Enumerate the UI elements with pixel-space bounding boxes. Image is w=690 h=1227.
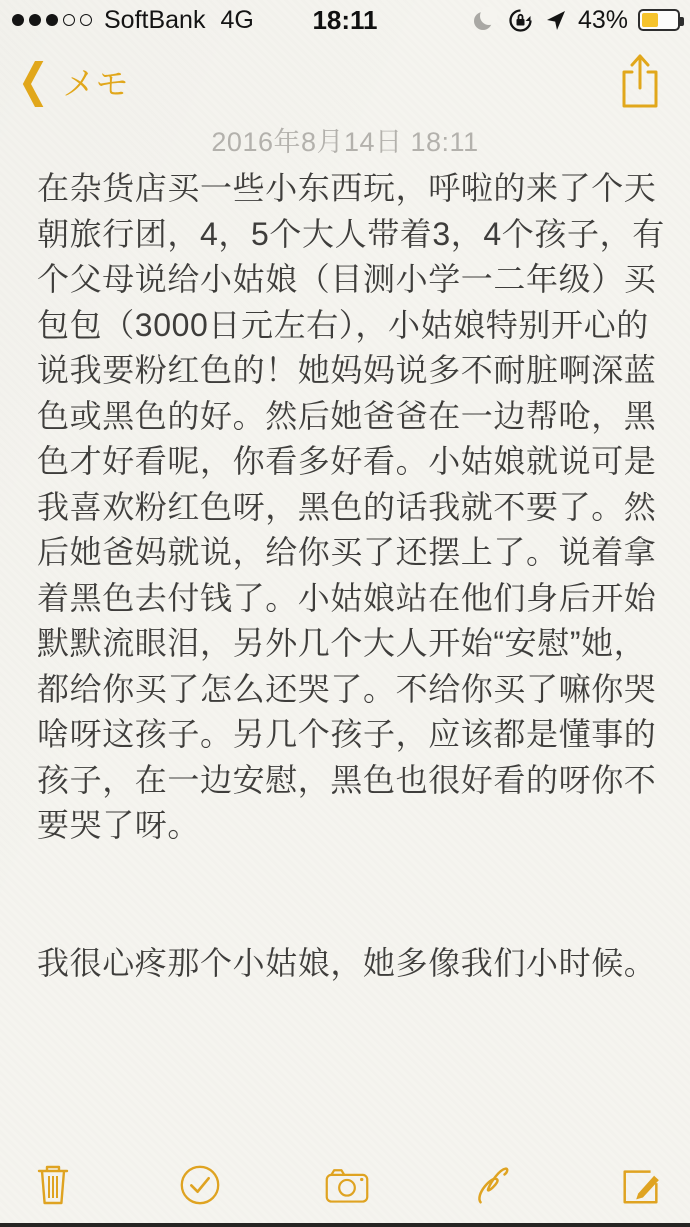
- note-text-line: 着黑色去付钱了。小姑娘站在他们身后开始: [37, 576, 662, 622]
- battery-percent-label: 43%: [578, 6, 628, 35]
- share-icon: [616, 48, 664, 114]
- note-text-line: 我喜欢粉红色呀，黑色的话我就不要了。然: [37, 485, 662, 531]
- note-date: 2016年8月14日 18:11: [0, 120, 690, 159]
- check-circle-icon: [177, 1161, 223, 1209]
- delete-button[interactable]: [30, 1160, 76, 1210]
- battery-fill: [642, 13, 658, 27]
- note-closing-line: 我很心疼那个小姑娘，她多像我们小时候。: [37, 940, 662, 986]
- status-bar: SoftBank 4G 18:11 43%: [0, 0, 690, 40]
- share-button[interactable]: [616, 48, 664, 119]
- sketch-squiggle-icon: [471, 1161, 517, 1209]
- battery-icon: [638, 9, 680, 31]
- note-text-line: 朝旅行团，4，5个大人带着3，4个孩子，有: [37, 212, 662, 258]
- note-text-line: 要哭了呀。: [37, 803, 662, 849]
- note-text-line: 默默流眼泪，另外几个大人开始“安慰”她，: [37, 621, 662, 667]
- location-arrow-icon: [544, 8, 568, 32]
- compose-button[interactable]: [618, 1160, 664, 1210]
- screen-bottom-edge: [0, 1223, 690, 1227]
- compose-icon: [618, 1161, 664, 1209]
- sketch-button[interactable]: [471, 1160, 517, 1210]
- note-body[interactable]: 在杂货店买一些小东西玩，呼啦的来了个天朝旅行团，4，5个大人带着3，4个孩子，有…: [37, 166, 662, 986]
- note-text-line: 包包（3000日元左右），小姑娘特别开心的: [37, 303, 662, 349]
- chevron-left-icon: ❮: [17, 57, 49, 103]
- note-text-line: 个父母说给小姑娘（目测小学一二年级）买: [37, 257, 662, 303]
- note-text-line: 孩子，在一边安慰，黑色也很好看的呀你不: [37, 758, 662, 804]
- nav-bar: ❮ メモ: [0, 46, 690, 114]
- note-text-line: 都给你买了怎么还哭了。不给你买了嘛你哭: [37, 667, 662, 713]
- camera-button[interactable]: [324, 1160, 370, 1210]
- back-button-label: メモ: [63, 54, 129, 105]
- note-text-line: 色或黑色的好。然后她爸爸在一边帮呛，黑: [37, 394, 662, 440]
- note-text-line: 后她爸妈就说，给你买了还摆上了。说着拿: [37, 530, 662, 576]
- note-text-line: 啥呀这孩子。另几个孩子，应该都是懂事的: [37, 712, 662, 758]
- battery-nub: [680, 17, 684, 26]
- note-text-line: 说我要粉红色的！她妈妈说多不耐脏啊深蓝: [37, 348, 662, 394]
- rotation-lock-icon: [507, 7, 534, 34]
- camera-icon: [324, 1163, 370, 1207]
- bottom-toolbar: [0, 1155, 690, 1215]
- note-text-line: 色才好看呢，你看多好看。小姑娘就说可是: [37, 439, 662, 485]
- checklist-button[interactable]: [177, 1160, 223, 1210]
- moon-icon: [471, 7, 497, 33]
- note-text-line: 在杂货店买一些小东西玩，呼啦的来了个天: [37, 166, 662, 212]
- trash-icon: [33, 1161, 73, 1209]
- back-button[interactable]: ❮ メモ: [14, 54, 129, 105]
- note-paragraph: 在杂货店买一些小东西玩，呼啦的来了个天朝旅行团，4，5个大人带着3，4个孩子，有…: [37, 166, 662, 849]
